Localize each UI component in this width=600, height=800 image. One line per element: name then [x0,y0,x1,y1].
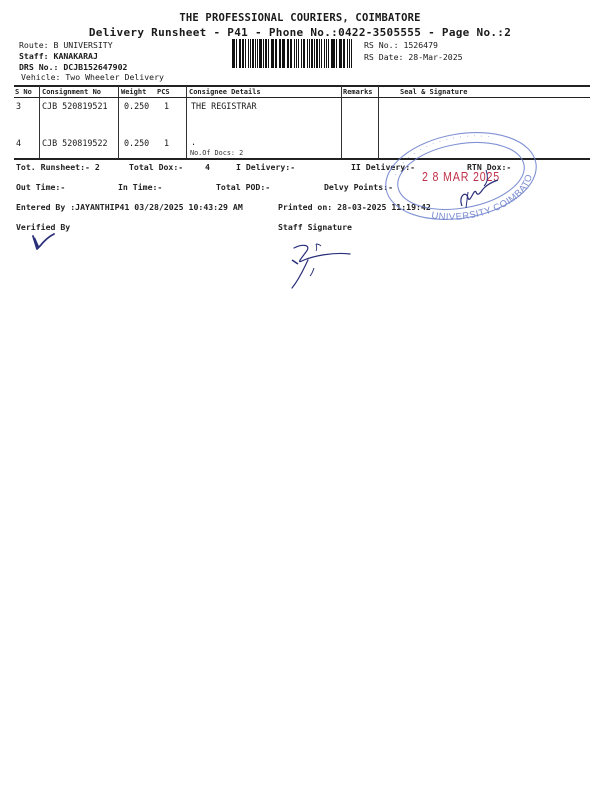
route-label: Route: [19,40,49,50]
barcode-bar [288,39,289,68]
drs-line: DRS No.: DCJB152647902 [19,62,127,72]
staff-line: Staff: KANAKARAJ [19,51,98,61]
barcode-bar [272,39,274,68]
col-header-sno: S No [15,88,32,96]
barcode-bar [331,39,334,68]
route-value: B UNIVERSITY [54,40,113,50]
entered-by: Entered By :JAYANTHIP41 03/28/2025 10:43… [16,202,243,212]
runsheet-subtitle: Delivery Runsheet - P41 - Phone No.:0422… [0,26,600,39]
barcode-bar [296,39,297,68]
col-header-consignee: Consignee Details [189,88,261,96]
barcode-bar [268,39,269,68]
barcode-bar [282,39,285,68]
barcode-bar [234,39,235,68]
barcode-bar [328,39,329,68]
out-time: Out Time:- [16,182,65,192]
rs-no-line: RS No.: 1526479 [364,40,438,50]
barcode [232,39,354,68]
cell-pcs: 1 [164,101,169,111]
col-divider [39,86,40,158]
barcode-bar [334,39,335,68]
barcode-bar [259,39,262,68]
barcode-bar [326,39,327,68]
col-divider [378,86,379,158]
vehicle-value: Two Wheeler Delivery [65,72,164,82]
total-pod: Total POD:- [216,182,270,192]
vehicle-label: Vehicle: [21,72,60,82]
col-header-weight: Weight [121,88,146,96]
cell-consignment: CJB 520819521 [42,101,108,111]
vehicle-line: Vehicle: Two Wheeler Delivery [21,72,164,82]
rs-date-line: RS Date: 28-Mar-2025 [364,52,463,62]
drs-label: DRS No.: [19,62,58,72]
col-header-remarks: Remarks [343,88,373,96]
barcode-bar [245,39,246,68]
receiver-signature [448,168,508,210]
barcode-bar [303,39,306,68]
barcode-bar [343,39,345,68]
barcode-bar [298,39,300,68]
rs-no-value: 1526479 [403,40,438,50]
col-header-seal: Seal & Signature [400,88,467,96]
rs-date-value: 28-Mar-2025 [408,52,462,62]
barcode-bar [242,39,245,68]
barcode-bar [236,39,237,68]
cell-consignment: CJB 520819522 [42,138,108,148]
barcode-bar [351,39,353,68]
rs-no-label: RS No.: [364,40,399,50]
barcode-bar [311,39,313,68]
staff-value: KANAKARAJ [54,51,98,61]
tot-runsheet: Tot. Runsheet:- 2 [16,162,100,172]
col-divider [186,86,187,158]
cell-sno: 4 [16,138,21,148]
cell-weight: 0.250 [124,138,149,148]
in-time: In Time:- [118,182,162,192]
cell-sno: 3 [16,101,21,111]
total-dox-label: Total Dox:- [129,162,183,172]
barcode-bar [280,39,281,68]
col-header-pcs: PCS [157,88,170,96]
verified-by: Verified By [16,222,70,232]
col-divider [118,86,119,158]
barcode-bar [250,39,251,68]
company-title: THE PROFESSIONAL COURIERS, COIMBATORE [0,12,600,24]
barcode-bar [265,39,267,68]
staff-signature-label: Staff Signature [278,222,352,232]
rs-date-label: RS Date: [364,52,403,62]
drs-value: DCJB152647902 [63,62,127,72]
route-line: Route: B UNIVERSITY [19,40,113,50]
cell-docs-count: No.Of Docs: 2 [190,149,243,157]
barcode-bar [252,39,254,68]
table-top-border [14,85,590,87]
cell-weight: 0.250 [124,101,149,111]
total-dox-value: 4 [205,162,210,172]
barcode-bar [275,39,277,68]
barcode-bar [307,39,308,68]
barcode-bar [349,39,350,68]
cell-pcs: 1 [164,138,169,148]
barcode-bar [321,39,322,68]
staff-label: Staff: [19,51,49,61]
barcode-bar [341,39,342,68]
barcode-bar [314,39,315,68]
barcode-bar [290,39,292,68]
col-header-consignment: Consignment No [42,88,101,96]
cell-consignee: . [191,137,196,147]
barcode-bar [319,39,320,68]
col-divider [341,86,342,158]
table-header-border [14,97,590,98]
barcode-bar [257,39,258,68]
staff-signature [286,238,356,290]
cell-consignee: THE REGISTRAR [191,101,257,111]
barcode-bar [336,39,337,68]
i-delivery: I Delivery:- [236,162,295,172]
verified-tick-mark [30,232,56,252]
